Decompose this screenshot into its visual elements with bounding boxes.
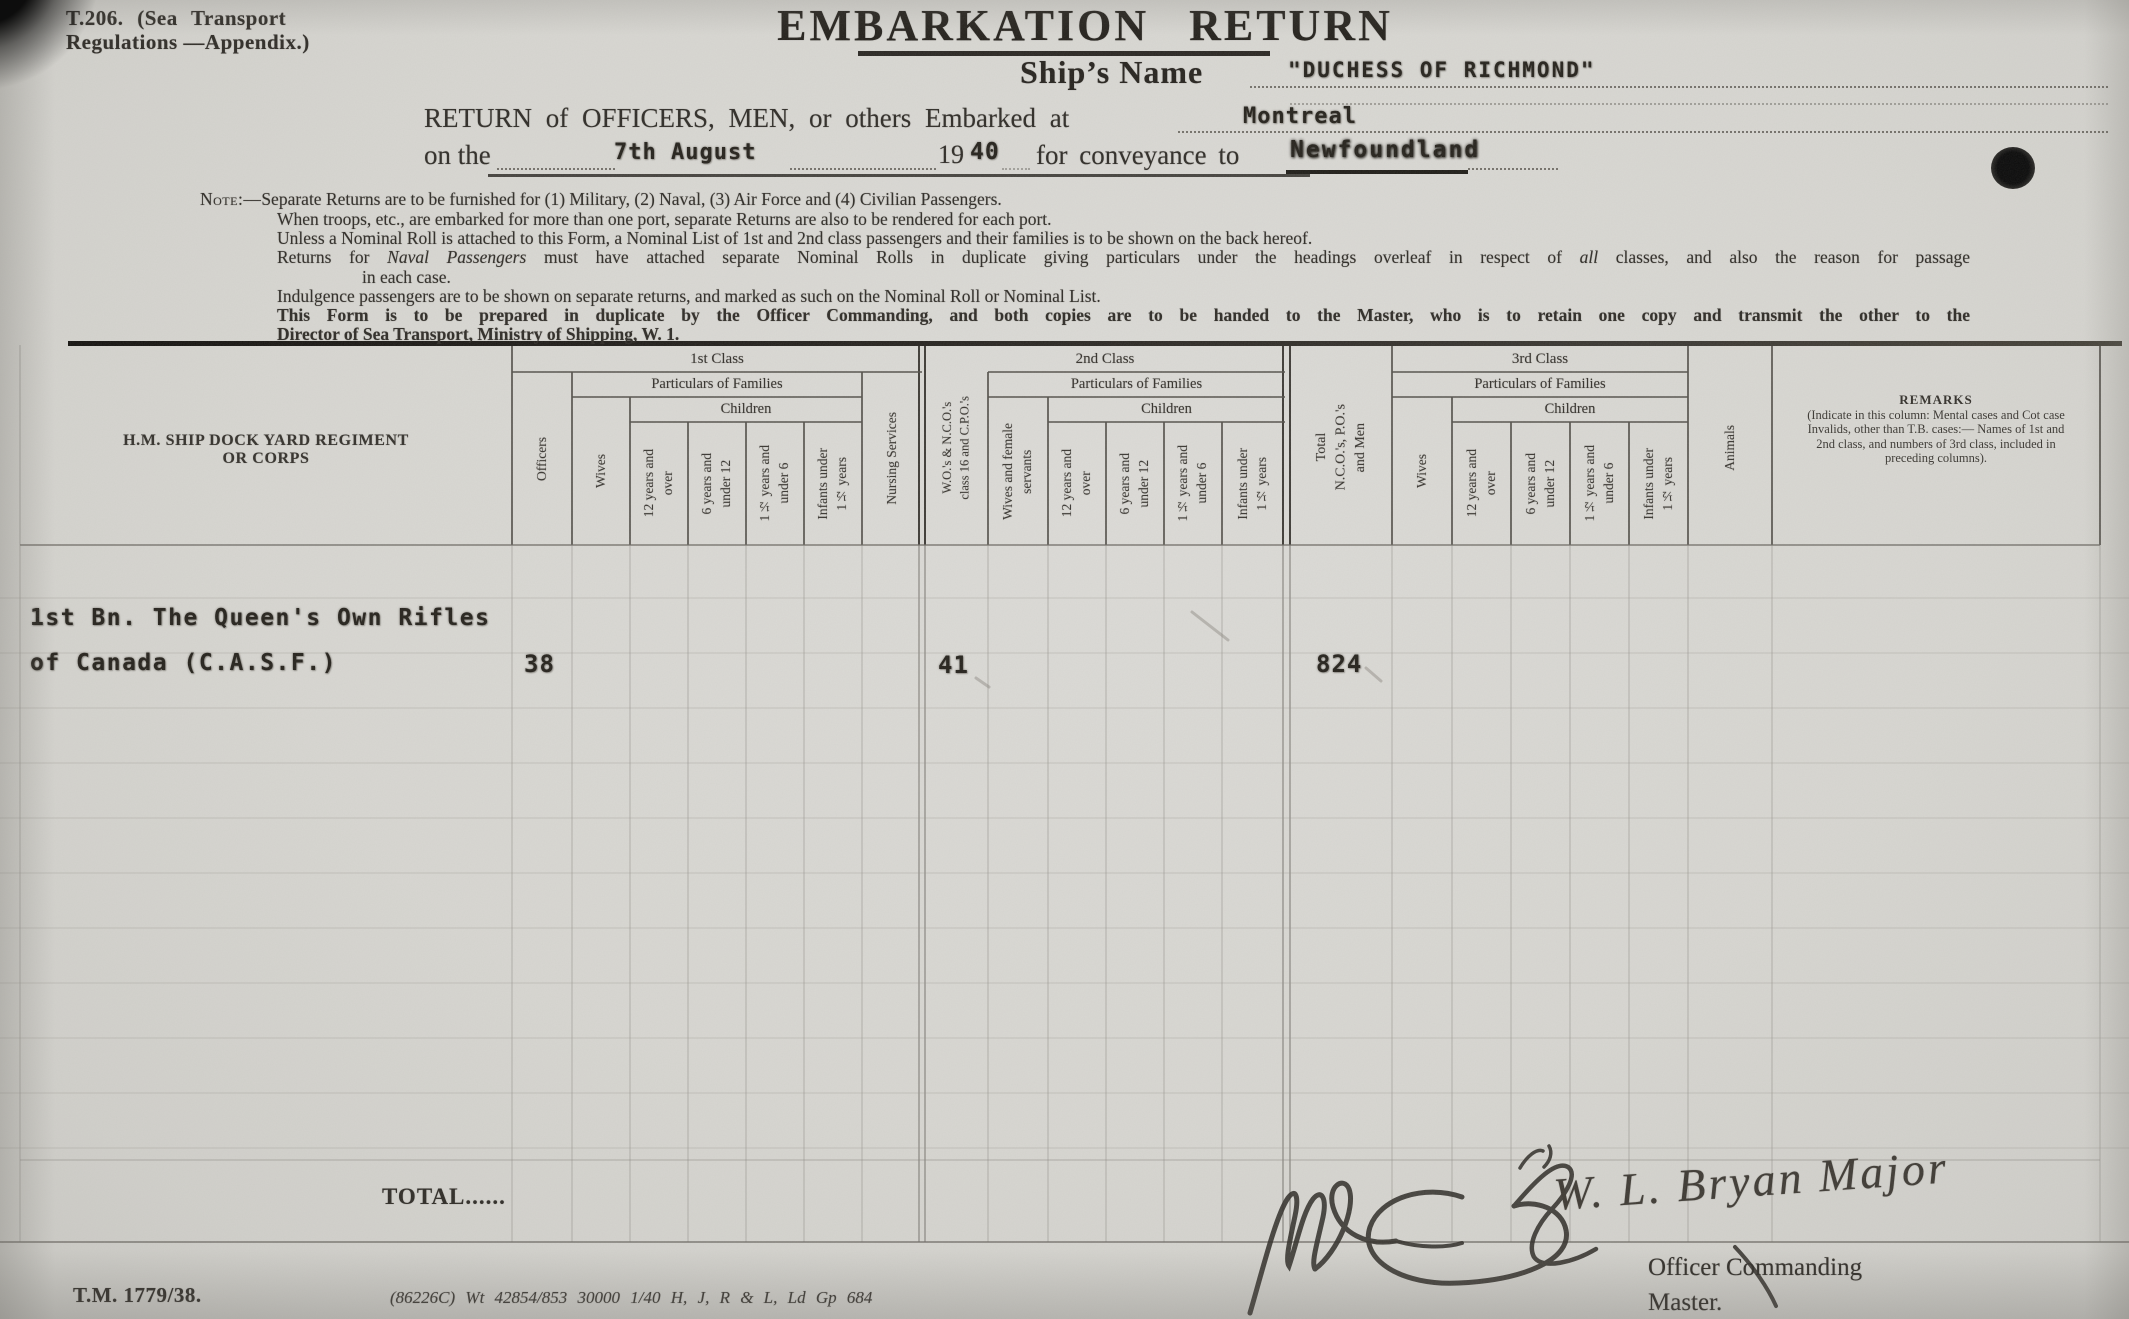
footer-print-code: (86226C) Wt 42854/853 30000 1/40 H, J, R…: [390, 1288, 872, 1308]
master-label: Master.: [1648, 1289, 1722, 1317]
footer-tm-reference: T.M. 1779/38.: [73, 1283, 202, 1308]
signature-flourish: [0, 0, 2129, 1319]
embarkation-return-form: T.206. (Sea Transport Regulations —Appen…: [0, 0, 2129, 1319]
officer-commanding-label: Officer Commanding: [1648, 1254, 1862, 1282]
